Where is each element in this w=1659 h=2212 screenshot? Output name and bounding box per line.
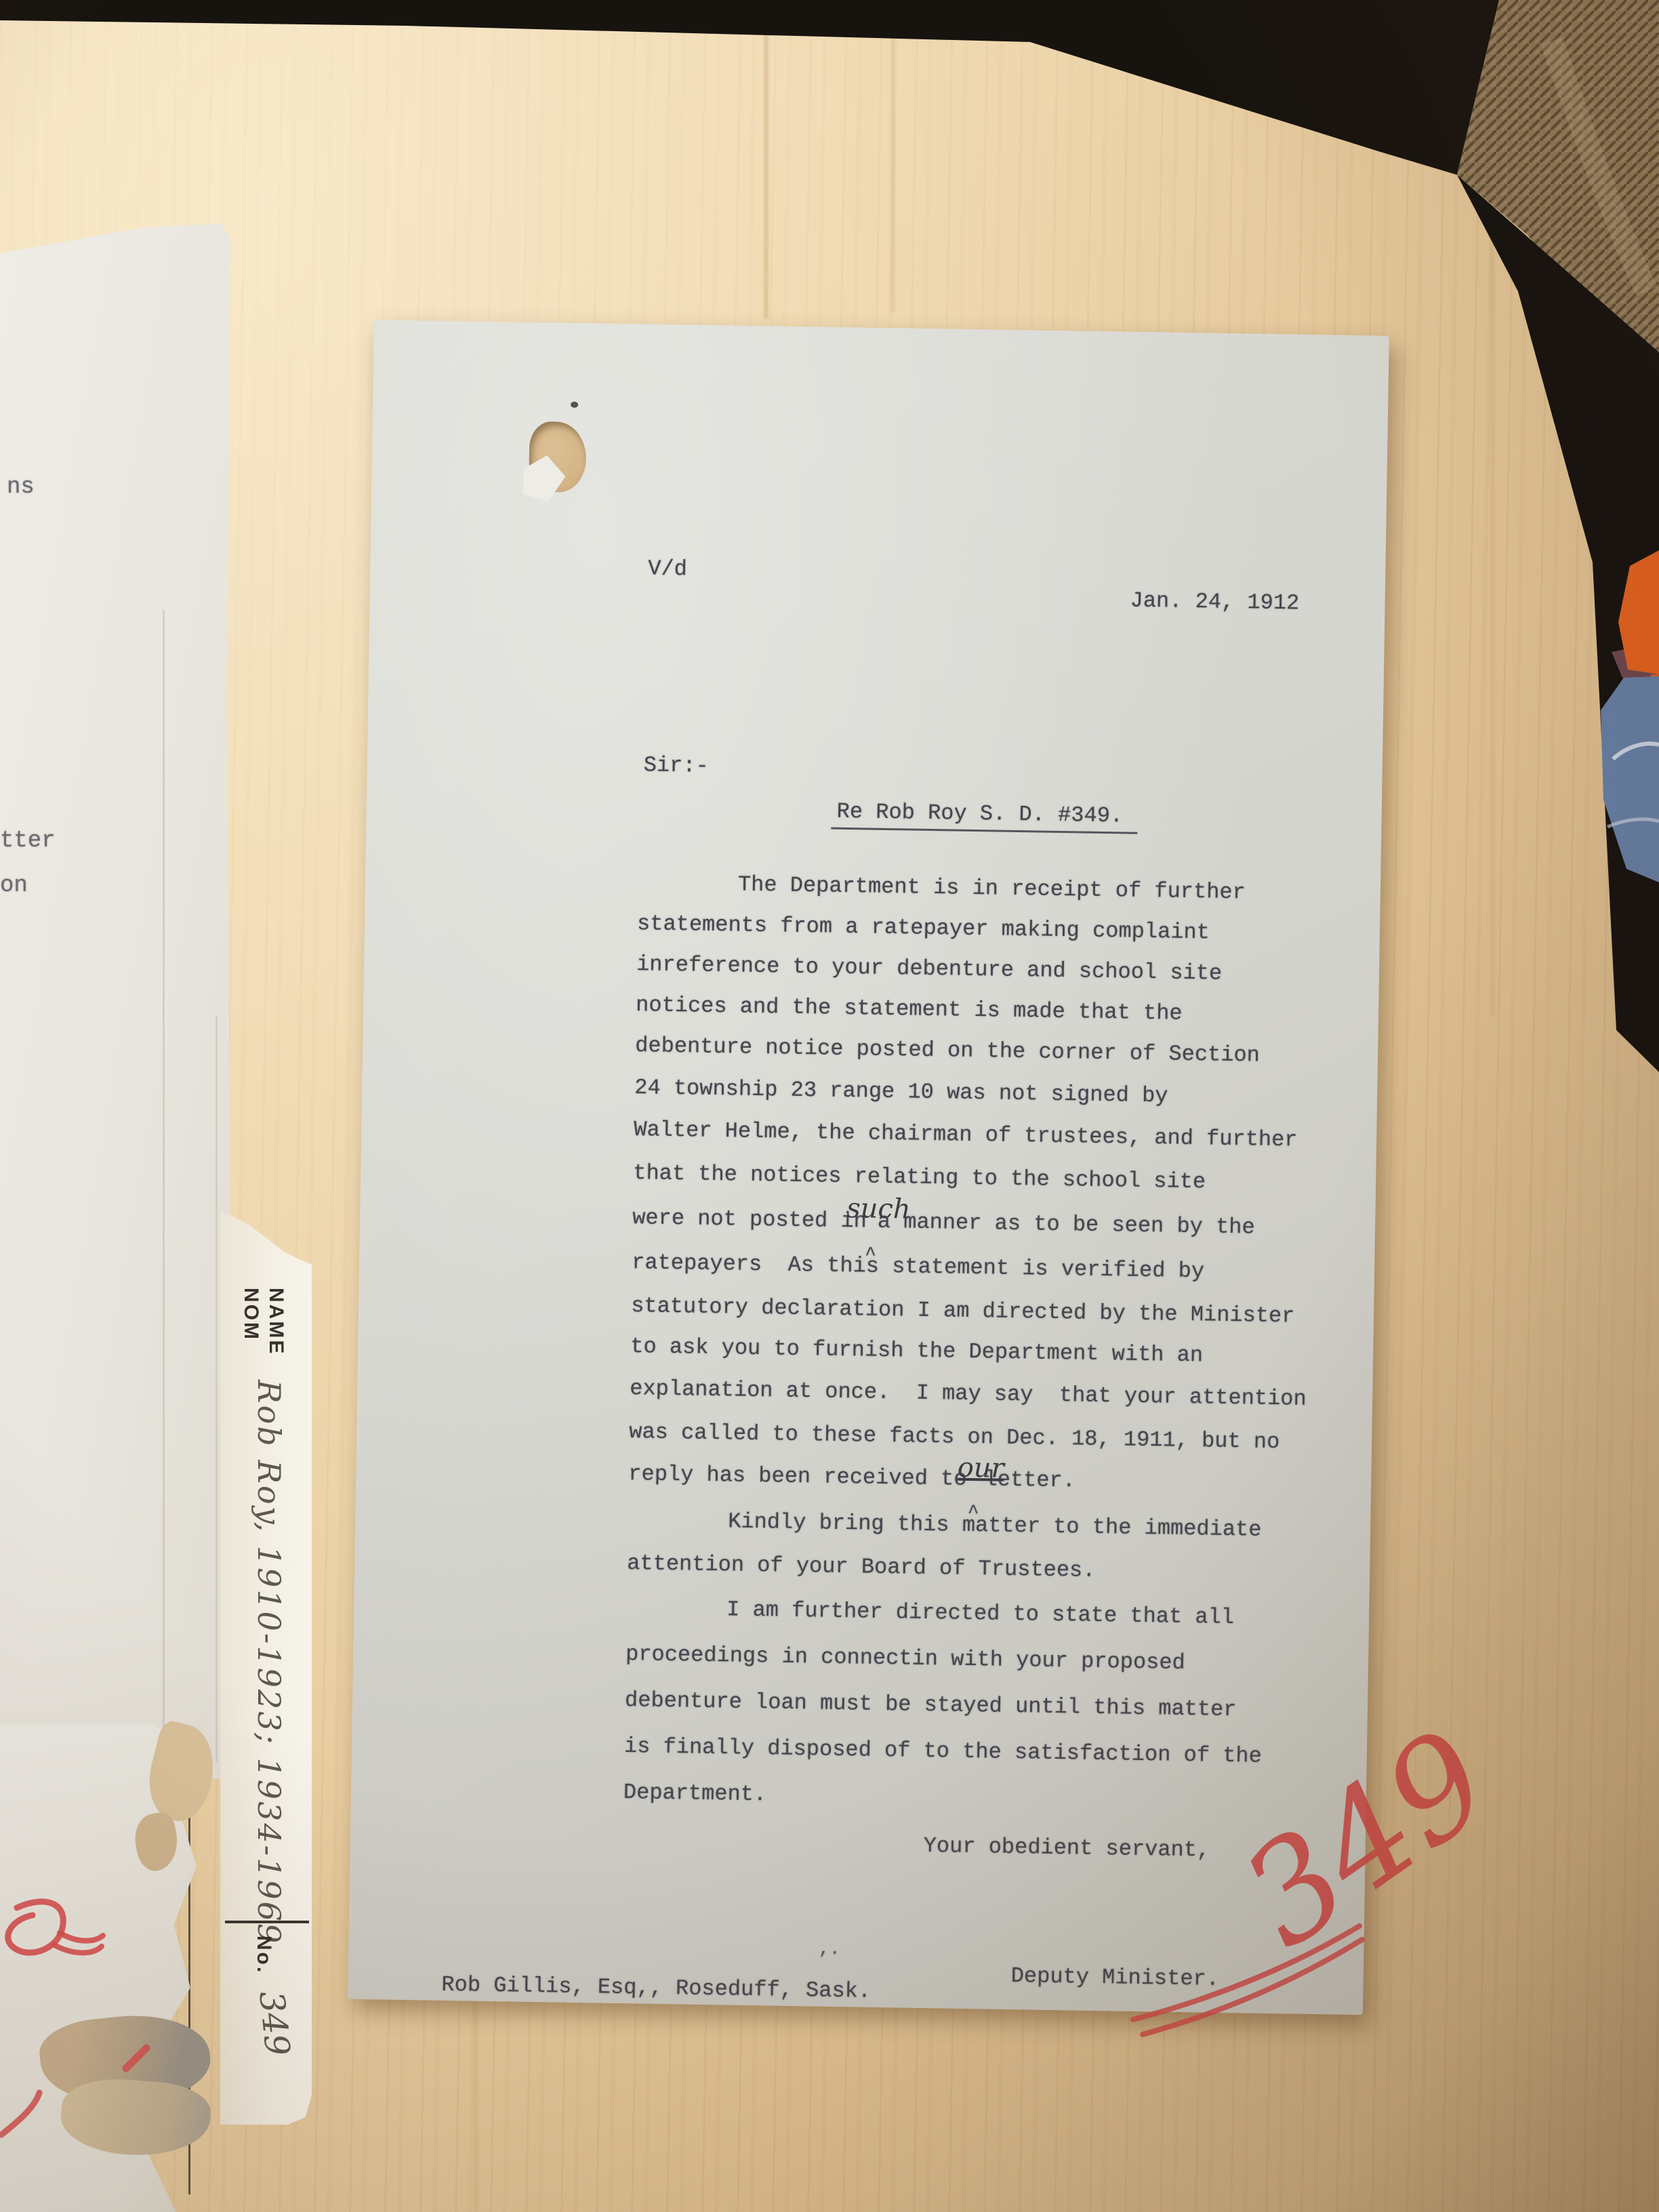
- red-scribble-tail: [60, 1933, 103, 1941]
- red-pencil-annotation-layer: 349: [0, 0, 1659, 2212]
- red-curve-mark: [1, 2093, 39, 2135]
- photo-of-archival-letter-on-desk: ns tter on NAME NOM Rob Roy, 1910-1923; …: [0, 0, 1659, 2212]
- red-dash-mark: [126, 2048, 146, 2068]
- red-scribble-tail: [54, 1945, 102, 1953]
- red-handwritten-file-number: 349: [1215, 1700, 1517, 1978]
